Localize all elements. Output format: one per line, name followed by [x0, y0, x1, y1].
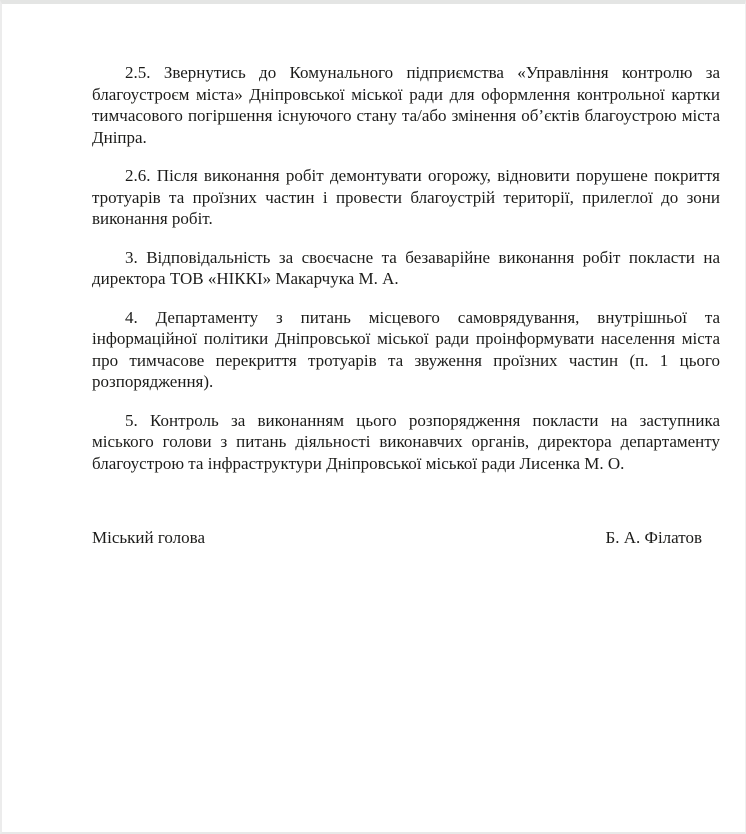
- document-content: 2.5. Звернутись до Комунального підприєм…: [2, 4, 745, 549]
- paragraph-4: 4. Департаменту з питань місцевого самов…: [92, 307, 720, 393]
- signature-name: Б. А. Філатов: [605, 527, 702, 549]
- paragraph-2-6: 2.6. Після виконання робіт демонтувати о…: [92, 165, 720, 230]
- paragraph-5: 5. Контроль за виконанням цього розпоряд…: [92, 410, 720, 475]
- signature-row: Міський голова Б. А. Філатов: [92, 527, 720, 549]
- paragraph-3: 3. Відповідальність за своєчасне та беза…: [92, 247, 720, 290]
- document-page: 2.5. Звернутись до Комунального підприєм…: [0, 0, 746, 834]
- paragraph-2-5: 2.5. Звернутись до Комунального підприєм…: [92, 62, 720, 148]
- signature-title: Міський голова: [92, 527, 205, 549]
